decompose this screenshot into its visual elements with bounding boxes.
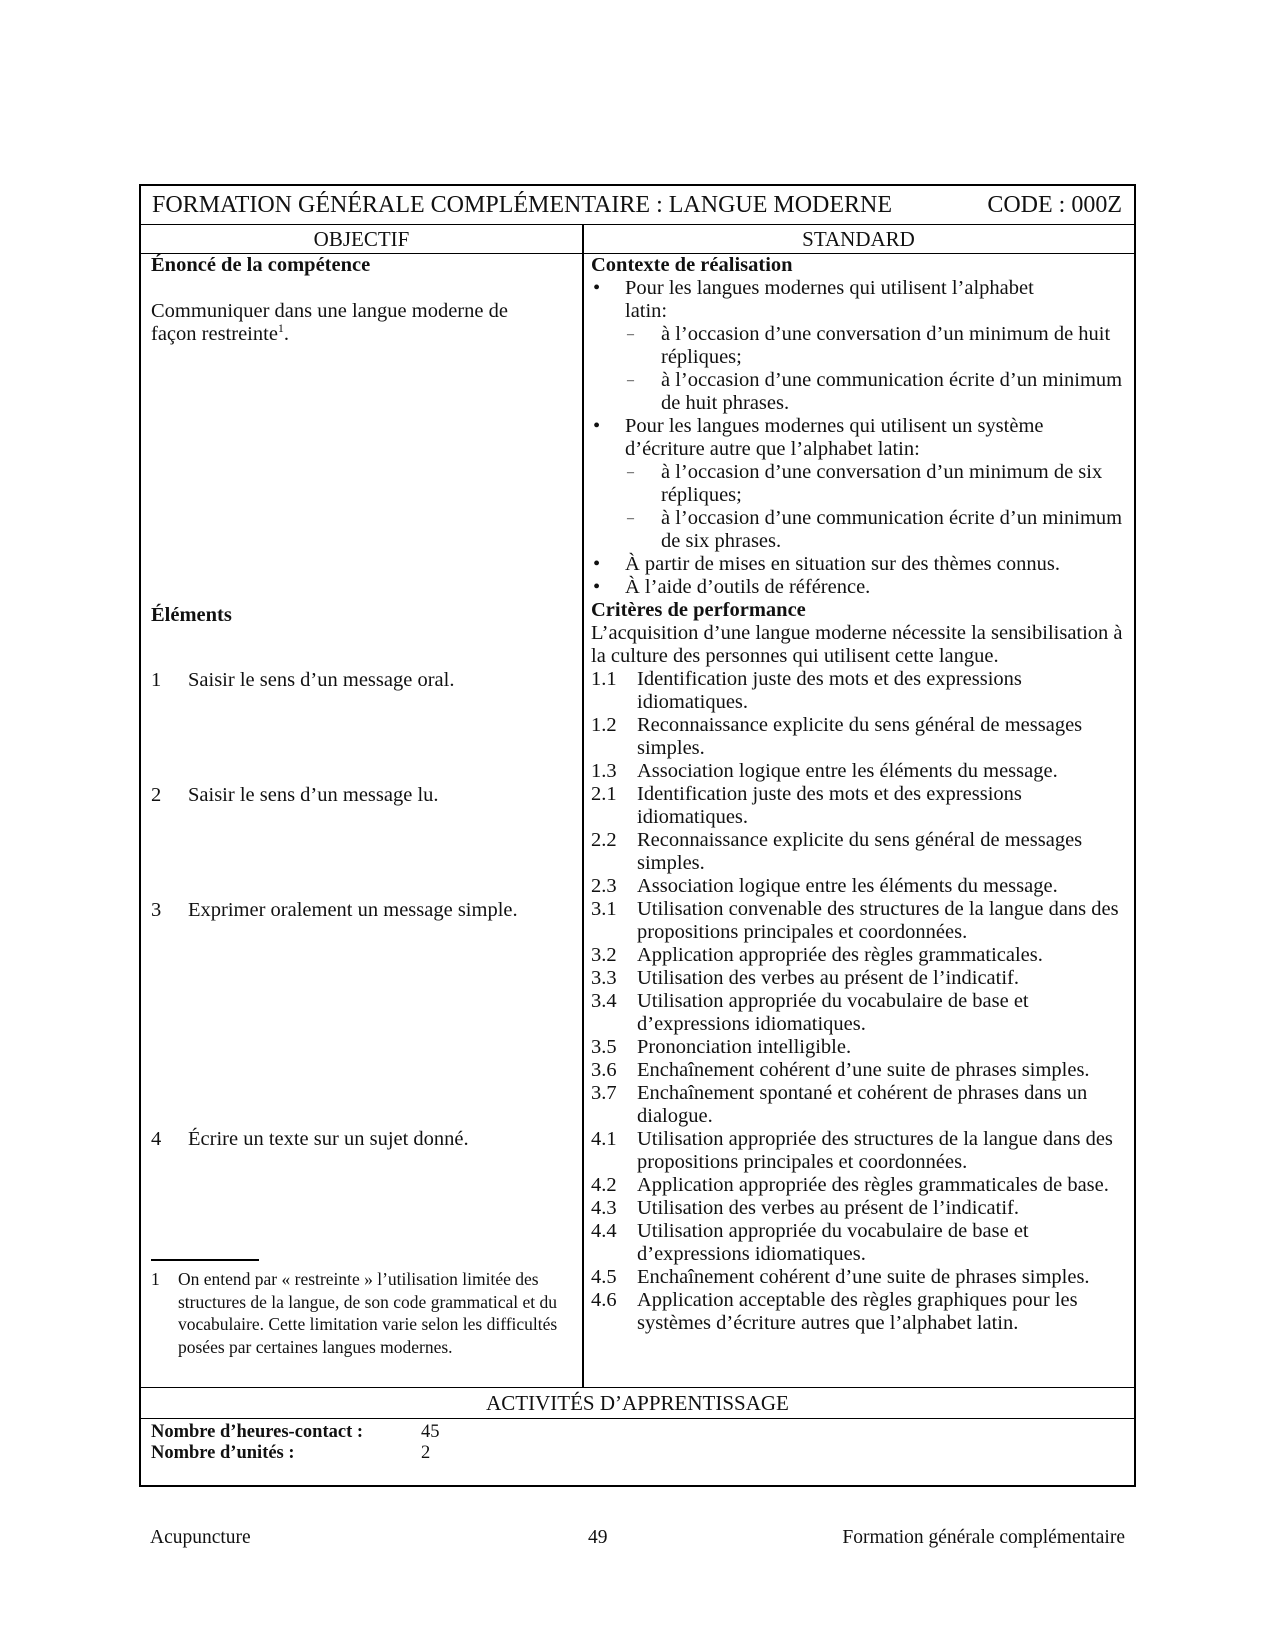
column-header-row: OBJECTIF STANDARD [141, 225, 1134, 254]
hours-block: Nombre d’heures-contact :45 Nombre d’uni… [151, 1422, 440, 1464]
critere-text: Reconnaissance explicite du sens général… [637, 829, 1082, 874]
critere-number: 1.1 [591, 668, 617, 691]
critere-text: Utilisation appropriée des structures de… [637, 1128, 1113, 1173]
course-code: CODE : 000Z [987, 186, 1122, 224]
contexte-subitem: – à l’occasion d’une conversation d’un m… [591, 323, 1131, 369]
critere-item: 4.4Utilisation appropriée du vocabulaire… [591, 1220, 1131, 1266]
critere-number: 3.3 [591, 967, 617, 990]
element-item: 4Écrire un texte sur un sujet donné. [151, 1128, 469, 1151]
element-text: Saisir le sens d’un message lu. [188, 784, 439, 806]
critere-item: 3.4Utilisation appropriée du vocabulaire… [591, 990, 1131, 1036]
critere-item: 3.6Enchaînement cohérent d’une suite de … [591, 1059, 1131, 1082]
criteres-list: 1.1Identification juste des mots et des … [591, 668, 1131, 1335]
critere-number: 2.1 [591, 783, 617, 806]
critere-text: Utilisation appropriée du vocabulaire de… [637, 1220, 1029, 1265]
contexte-subitem: – à l’occasion d’une communication écrit… [591, 369, 1131, 415]
enonce-text: Communiquer dans une langue moderne de f… [151, 300, 551, 346]
element-number: 2 [151, 784, 188, 807]
element-number: 4 [151, 1128, 188, 1151]
critere-item: 4.2Application appropriée des règles gra… [591, 1174, 1131, 1197]
element-number: 3 [151, 899, 188, 922]
critere-number: 3.7 [591, 1082, 617, 1105]
critere-item: 3.2Application appropriée des règles gra… [591, 944, 1131, 967]
critere-text: Identification juste des mots et des exp… [637, 783, 1022, 828]
critere-text: Association logique entre les éléments d… [637, 760, 1058, 782]
critere-text: Reconnaissance explicite du sens général… [637, 714, 1082, 759]
footer-left: Acupuncture [150, 1527, 251, 1549]
footnote-separator [151, 1259, 259, 1261]
criteres-intro: L’acquisition d’une langue moderne néces… [591, 622, 1131, 668]
critere-number: 1.2 [591, 714, 617, 737]
critere-text: Utilisation des verbes au présent de l’i… [637, 1197, 1019, 1219]
subitem-text: à l’occasion d’une conversation d’un min… [661, 461, 1102, 506]
column-divider [582, 225, 584, 1387]
critere-item: 4.1Utilisation appropriée des structures… [591, 1128, 1131, 1174]
subitem-text: à l’occasion d’une conversation d’un min… [661, 323, 1110, 368]
bullet-text-cont: d’écriture autre que l’alphabet latin: [625, 438, 1131, 461]
heures-contact-label: Nombre d’heures-contact : [151, 1422, 421, 1443]
critere-number: 3.4 [591, 990, 617, 1013]
unites-label: Nombre d’unités : [151, 1443, 421, 1464]
critere-text: Association logique entre les éléments d… [637, 875, 1058, 897]
critere-item: 3.1Utilisation convenable des structures… [591, 898, 1131, 944]
standard-column: Contexte de réalisation • Pour les langu… [591, 254, 1131, 1335]
contexte-heading: Contexte de réalisation [591, 254, 1131, 277]
critere-number: 4.5 [591, 1266, 617, 1289]
subitem-text: à l’occasion d’une communication écrite … [661, 369, 1122, 414]
critere-item: 2.1Identification juste des mots et des … [591, 783, 1131, 829]
critere-text: Utilisation appropriée du vocabulaire de… [637, 990, 1029, 1035]
critere-text: Application acceptable des règles graphi… [637, 1289, 1078, 1334]
bullet-text-cont: latin: [625, 300, 1131, 323]
footnote-text: On entend par « restreinte » l’utilisati… [151, 1268, 576, 1358]
critere-text: Utilisation convenable des structures de… [637, 898, 1119, 943]
footer-right: Formation générale complémentaire [842, 1527, 1125, 1549]
element-text: Saisir le sens d’un message oral. [188, 669, 454, 691]
bullet-text: Pour les langues modernes qui utilisent … [625, 277, 1131, 300]
critere-item: 4.3Utilisation des verbes au présent de … [591, 1197, 1131, 1220]
critere-number: 4.4 [591, 1220, 617, 1243]
critere-number: 4.1 [591, 1128, 617, 1151]
enonce-heading: Énoncé de la compétence [151, 254, 370, 277]
contexte-bullet: • Pour les langues modernes qui utilisen… [591, 415, 1131, 461]
critere-number: 1.3 [591, 760, 617, 783]
contexte-bullet: • À partir de mises en situation sur des… [591, 553, 1131, 576]
critere-item: 3.5Prononciation intelligible. [591, 1036, 1131, 1059]
bullet-icon: • [593, 277, 600, 300]
criteres-heading: Critères de performance [591, 599, 1131, 622]
critere-number: 3.5 [591, 1036, 617, 1059]
critere-number: 3.6 [591, 1059, 617, 1082]
heures-contact-row: Nombre d’heures-contact :45 [151, 1422, 440, 1443]
critere-text: Identification juste des mots et des exp… [637, 668, 1022, 713]
contexte-subitem: – à l’occasion d’une communication écrit… [591, 507, 1131, 553]
unites-value: 2 [421, 1443, 430, 1463]
critere-item: 2.3Association logique entre les élément… [591, 875, 1131, 898]
element-item: 3Exprimer oralement un message simple. [151, 899, 518, 922]
critere-item: 4.6Application acceptable des règles gra… [591, 1289, 1131, 1335]
table-title: FORMATION GÉNÉRALE COMPLÉMENTAIRE : LANG… [152, 186, 892, 224]
critere-text: Utilisation des verbes au présent de l’i… [637, 967, 1019, 989]
bullet-text: Pour les langues modernes qui utilisent … [625, 415, 1131, 438]
subitem-text: à l’occasion d’une communication écrite … [661, 507, 1122, 552]
bullet-icon: • [593, 415, 600, 438]
page-number: 49 [588, 1527, 608, 1549]
critere-item: 3.3Utilisation des verbes au présent de … [591, 967, 1131, 990]
footnote: 1 On entend par « restreinte » l’utilisa… [151, 1268, 576, 1358]
critere-item: 3.7Enchaînement spontané et cohérent de … [591, 1082, 1131, 1128]
bullet-text: À partir de mises en situation sur des t… [625, 553, 1131, 576]
bullet-icon: • [593, 576, 600, 599]
activites-heading: ACTIVITÉS D’APPRENTISSAGE [141, 1387, 1134, 1419]
element-number: 1 [151, 669, 188, 692]
enonce-body: Communiquer dans une langue moderne de f… [151, 300, 508, 345]
critere-item: 1.2Reconnaissance explicite du sens géné… [591, 714, 1131, 760]
critere-item: 1.1Identification juste des mots et des … [591, 668, 1131, 714]
unites-row: Nombre d’unités :2 [151, 1443, 440, 1464]
critere-number: 3.2 [591, 944, 617, 967]
bullet-icon: • [593, 553, 600, 576]
column-header-standard: STANDARD [583, 225, 1134, 253]
bullet-text: À l’aide d’outils de référence. [625, 576, 1131, 599]
element-text: Écrire un texte sur un sujet donné. [188, 1128, 469, 1150]
dash-icon: – [627, 507, 634, 530]
contexte-subitem: – à l’occasion d’une conversation d’un m… [591, 461, 1131, 507]
contexte-bullet: • Pour les langues modernes qui utilisen… [591, 277, 1131, 323]
dash-icon: – [627, 323, 634, 346]
table-title-row: FORMATION GÉNÉRALE COMPLÉMENTAIRE : LANG… [141, 186, 1134, 225]
critere-number: 2.2 [591, 829, 617, 852]
critere-number: 4.3 [591, 1197, 617, 1220]
contexte-bullet: • À l’aide d’outils de référence. [591, 576, 1131, 599]
critere-text: Application appropriée des règles gramma… [637, 944, 1043, 966]
element-item: 1Saisir le sens d’un message oral. [151, 669, 454, 692]
critere-item: 2.2Reconnaissance explicite du sens géné… [591, 829, 1131, 875]
critere-text: Enchaînement cohérent d’une suite de phr… [637, 1266, 1090, 1288]
elements-heading: Éléments [151, 604, 232, 627]
dash-icon: – [627, 369, 634, 392]
critere-number: 3.1 [591, 898, 617, 921]
critere-text: Enchaînement cohérent d’une suite de phr… [637, 1059, 1090, 1081]
dash-icon: – [627, 461, 634, 484]
critere-text: Prononciation intelligible. [637, 1036, 851, 1058]
critere-number: 4.6 [591, 1289, 617, 1312]
column-header-objectif: OBJECTIF [141, 225, 582, 253]
footnote-number: 1 [151, 1268, 160, 1291]
critere-number: 2.3 [591, 875, 617, 898]
critere-text: Application appropriée des règles gramma… [637, 1174, 1109, 1196]
enonce-end: . [284, 323, 289, 345]
critere-item: 1.3Association logique entre les élément… [591, 760, 1131, 783]
heures-contact-value: 45 [421, 1422, 440, 1442]
critere-number: 4.2 [591, 1174, 617, 1197]
critere-item: 4.5Enchaînement cohérent d’une suite de … [591, 1266, 1131, 1289]
element-text: Exprimer oralement un message simple. [188, 899, 518, 921]
competency-table: FORMATION GÉNÉRALE COMPLÉMENTAIRE : LANG… [139, 184, 1136, 1487]
critere-text: Enchaînement spontané et cohérent de phr… [637, 1082, 1087, 1127]
element-item: 2Saisir le sens d’un message lu. [151, 784, 439, 807]
